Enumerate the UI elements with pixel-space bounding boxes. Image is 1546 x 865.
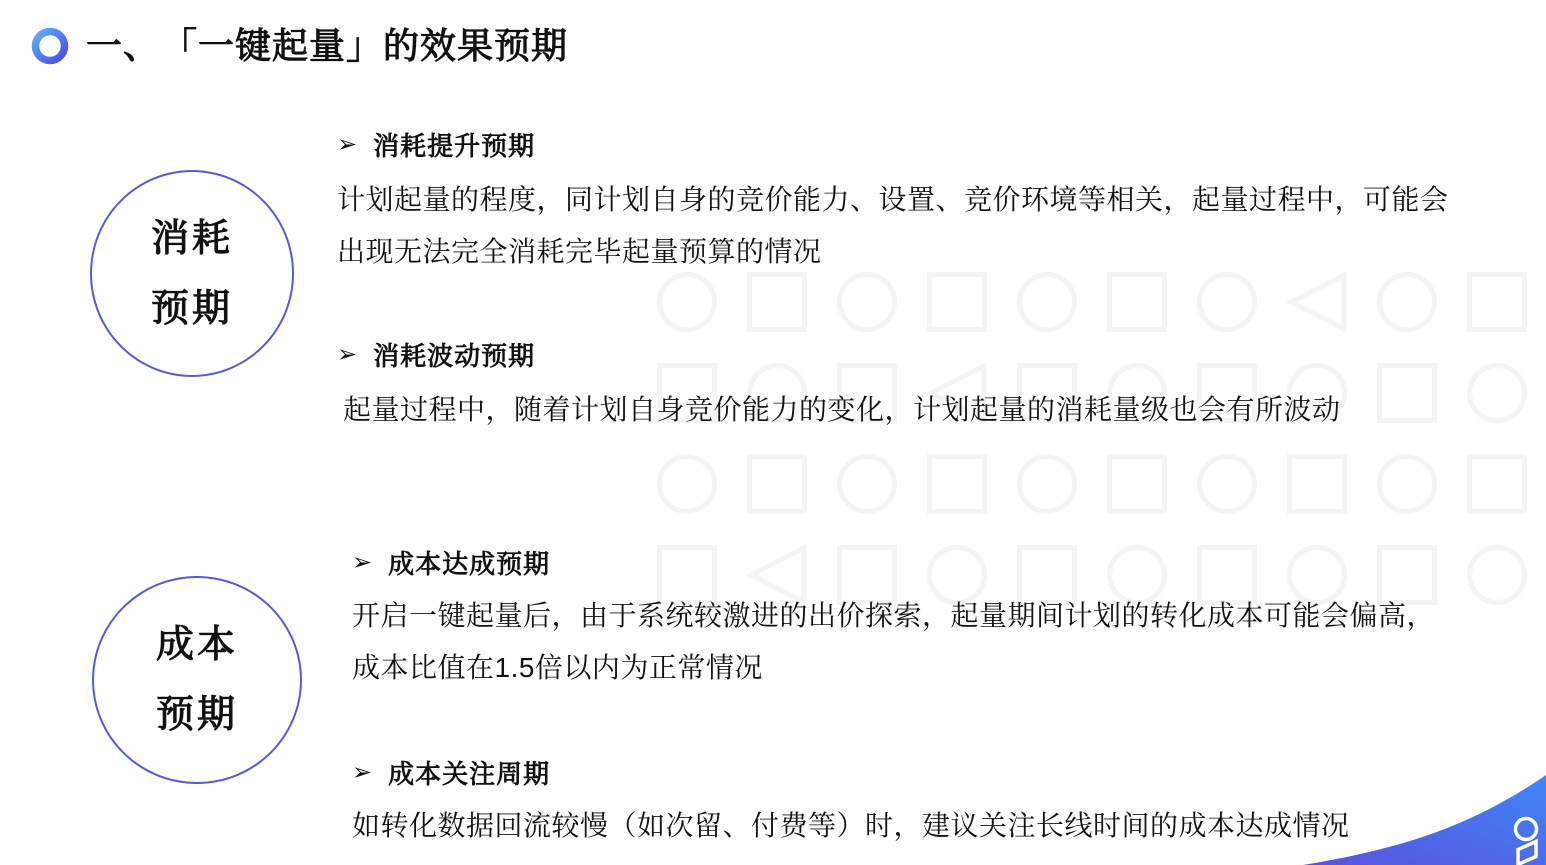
slide-canvas: 一、 「一键起量」的效果预期 消耗 预期 成本 预期 ➢ 消耗提升预期 计划起量… [0,0,1546,865]
watermark-square-shape [927,272,987,332]
watermark-circle-shape [1467,545,1527,605]
watermark-square-shape [927,454,987,514]
title-ring-icon [31,27,69,65]
badge-cost-line2: 预期 [156,691,238,739]
watermark-circle-shape [657,454,717,514]
watermark-circle-shape [1197,454,1257,514]
arrow-bullet-icon: ➢ [337,127,358,163]
badge-consumption-expectation: 消耗 预期 [90,170,294,377]
arrow-bullet-icon: ➢ [337,337,358,373]
heading-consumption-fluctuation: ➢ 消耗波动预期 [337,338,535,374]
watermark-circle-shape [1197,272,1257,332]
page-title: 一、 「一键起量」的效果预期 [86,24,568,68]
watermark-circle-shape [1377,272,1437,332]
watermark-square-shape [1107,272,1167,332]
badge-consumption-line1: 消耗 [151,215,233,263]
heading-cost-achievement: ➢ 成本达成预期 [352,546,550,582]
watermark-square-shape [747,454,807,514]
watermark-square-shape [747,272,807,332]
body-consumption-fluctuation: 起量过程中，随着计划自身竞价能力的变化，计划起量的消耗量级也会有所波动 [343,384,1543,436]
watermark-square-shape [1467,454,1527,514]
heading-consumption-boost-text: 消耗提升预期 [373,128,535,164]
watermark-circle-shape [1017,454,1077,514]
arrow-bullet-icon: ➢ [352,545,373,581]
watermark-square-shape [1107,454,1167,514]
watermark-circle-shape [1377,454,1437,514]
slide-header: 一、 「一键起量」的效果预期 [31,24,568,68]
arrow-bullet-icon: ➢ [352,755,373,791]
heading-cost-attention-period: ➢ 成本关注周期 [352,756,550,792]
heading-consumption-boost: ➢ 消耗提升预期 [337,128,535,164]
body-consumption-boost: 计划起量的程度，同计划自身的竞价能力、设置、竞价环境等相关，起量过程中，可能会出… [337,174,1465,278]
watermark-triangle-shape [1287,272,1347,332]
badge-consumption-line2: 预期 [151,285,233,333]
watermark-circle-shape [837,454,897,514]
watermark-circle-shape [837,272,897,332]
heading-cost-achievement-text: 成本达成预期 [388,546,550,582]
watermark-square-shape [1467,272,1527,332]
corner-wave-decoration [1296,770,1546,865]
watermark-circle-shape [657,272,717,332]
body-cost-achievement: 开启一键起量后，由于系统较激进的出价探索，起量期间计划的转化成本可能会偏高，成本… [352,590,1454,694]
corner-wave-shape [1303,775,1546,865]
heading-consumption-fluctuation-text: 消耗波动预期 [373,338,535,374]
watermark-circle-shape [1017,272,1077,332]
heading-cost-attention-period-text: 成本关注周期 [388,756,550,792]
watermark-square-shape [1287,454,1347,514]
badge-cost-expectation: 成本 预期 [92,576,302,784]
badge-cost-line1: 成本 [156,621,238,669]
